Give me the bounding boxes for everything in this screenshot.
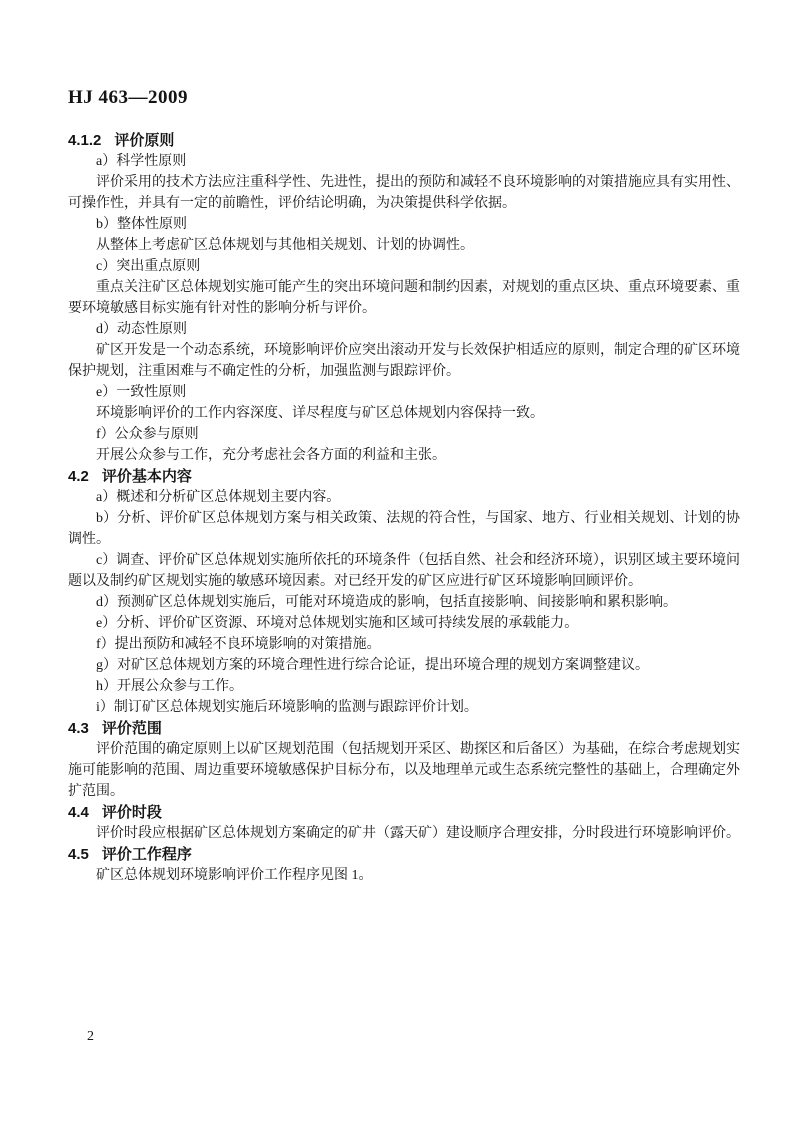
section-heading-4-1-2: 4.1.2评价原则 xyxy=(68,130,740,151)
paragraph: 评价时段应根据矿区总体规划方案确定的矿井（露天矿）建设顺序合理安排，分时段进行环… xyxy=(68,823,740,844)
section-number: 4.4 xyxy=(68,802,89,823)
paragraph: 评价采用的技术方法应注重科学性、先进性，提出的预防和减轻不良环境影响的对策措施应… xyxy=(68,172,740,214)
paragraph: g）对矿区总体规划方案的环境合理性进行综合论证，提出环境合理的规划方案调整建议。 xyxy=(68,655,740,676)
section-title: 评价时段 xyxy=(102,804,162,821)
paragraph: b）整体性原则 xyxy=(68,214,740,235)
section-title: 评价工作程序 xyxy=(102,846,192,863)
section-number: 4.3 xyxy=(68,718,89,739)
paragraph: e）分析、评价矿区资源、环境对总体规划实施和区域可持续发展的承载能力。 xyxy=(68,613,740,634)
paragraph: 评价范围的确定原则上以矿区规划范围（包括规划开采区、勘探区和后备区）为基础，在综… xyxy=(68,739,740,802)
paragraph: b）分析、评价矿区总体规划方案与相关政策、法规的符合性，与国家、地方、行业相关规… xyxy=(68,508,740,550)
paragraph: i）制订矿区总体规划实施后环境影响的监测与跟踪评价计划。 xyxy=(68,697,740,718)
paragraph: d）预测矿区总体规划实施后，可能对环境造成的影响，包括直接影响、间接影响和累积影… xyxy=(68,592,740,613)
paragraph: d）动态性原则 xyxy=(68,319,740,340)
section-title: 评价原则 xyxy=(114,132,174,149)
paragraph: 开展公众参与工作，充分考虑社会各方面的利益和主张。 xyxy=(68,445,740,466)
section-title: 评价基本内容 xyxy=(102,468,192,485)
section-title: 评价范围 xyxy=(102,720,162,737)
section-heading-4-3: 4.3评价范围 xyxy=(68,718,740,739)
paragraph: a）概述和分析矿区总体规划主要内容。 xyxy=(68,487,740,508)
paragraph: e）一致性原则 xyxy=(68,382,740,403)
paragraph: f）提出预防和减轻不良环境影响的对策措施。 xyxy=(68,634,740,655)
paragraph: 环境影响评价的工作内容深度、详尽程度与矿区总体规划内容保持一致。 xyxy=(68,403,740,424)
page-content: HJ 463—2009 4.1.2评价原则 a）科学性原则 评价采用的技术方法应… xyxy=(68,86,740,886)
section-heading-4-4: 4.4评价时段 xyxy=(68,802,740,823)
section-number: 4.2 xyxy=(68,466,89,487)
document-page: HJ 463—2009 4.1.2评价原则 a）科学性原则 评价采用的技术方法应… xyxy=(0,0,794,1123)
page-number: 2 xyxy=(87,1026,94,1047)
section-heading-4-5: 4.5评价工作程序 xyxy=(68,844,740,865)
paragraph: 矿区总体规划环境影响评价工作程序见图 1。 xyxy=(68,865,740,886)
paragraph: c）突出重点原则 xyxy=(68,256,740,277)
paragraph: a）科学性原则 xyxy=(68,151,740,172)
paragraph: c）调查、评价矿区总体规划实施所依托的环境条件（包括自然、社会和经济环境），识别… xyxy=(68,550,740,592)
doc-number-header: HJ 463—2009 xyxy=(68,86,740,110)
section-number: 4.1.2 xyxy=(68,130,101,151)
section-number: 4.5 xyxy=(68,844,89,865)
paragraph: h）开展公众参与工作。 xyxy=(68,676,740,697)
paragraph: 从整体上考虑矿区总体规划与其他相关规划、计划的协调性。 xyxy=(68,235,740,256)
paragraph: 重点关注矿区总体规划实施可能产生的突出环境问题和制约因素，对规划的重点区块、重点… xyxy=(68,277,740,319)
section-heading-4-2: 4.2评价基本内容 xyxy=(68,466,740,487)
paragraph: 矿区开发是一个动态系统，环境影响评价应突出滚动开发与长效保护相适应的原则，制定合… xyxy=(68,340,740,382)
paragraph: f）公众参与原则 xyxy=(68,424,740,445)
